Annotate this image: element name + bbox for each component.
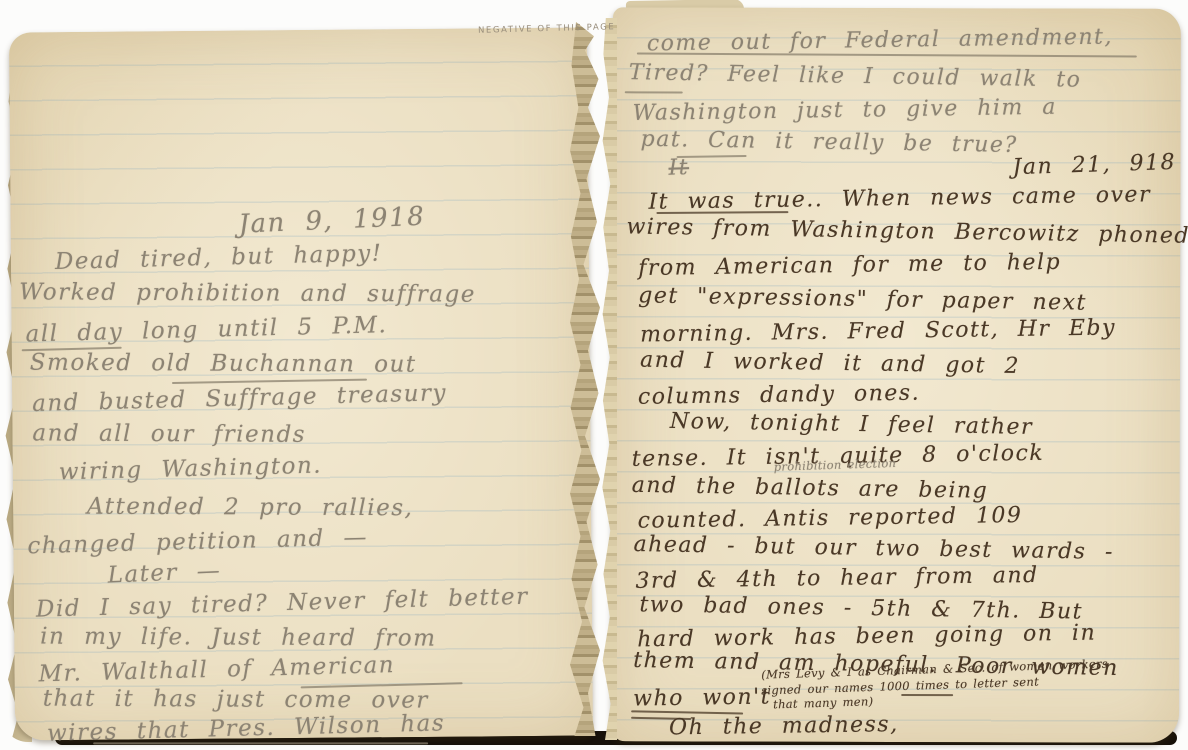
entry-date: Jan 9, 1918 [238, 204, 426, 238]
handwritten-line: from American for me to help [638, 252, 1061, 280]
underline-stroke [625, 91, 683, 93]
binding-frayed-edge-right [601, 18, 617, 740]
handwritten-line: and I worked it and got 2 [640, 350, 1020, 378]
handwritten-line: get "expressions" for paper next [638, 285, 1087, 314]
handwritten-line: Tired? Feel like I could walk to [629, 62, 1082, 92]
underline-stroke [656, 211, 788, 214]
handwritten-line: Dead tired, but happy! [55, 242, 383, 274]
handwritten-line: in my life. Just heard from [40, 626, 436, 651]
handwritten-line: pat. Can it really be true? [640, 129, 1017, 157]
handwritten-line: Now, tonight I feel rather [670, 411, 1033, 439]
handwritten-line: that it has just come over [43, 688, 429, 713]
handwritten-line: changed petition and — [27, 526, 368, 558]
handwritten-line: and the ballots are being [632, 475, 989, 503]
handwritten-line: wires from Washington Bercowitz phoned [626, 216, 1188, 247]
handwritten-line: morning. Mrs. Fred Scott, Hr Eby [640, 317, 1116, 346]
entry-date: Jan 21, 918 [1012, 152, 1176, 179]
crossed-out-word: It [668, 157, 689, 180]
handwritten-line: wiring Washington. [58, 455, 322, 485]
handwritten-line: Later — [107, 560, 222, 588]
handwritten-line: Worked prohibition and suffrage [19, 281, 476, 306]
handwritten-line: come out for Federal amendment, [647, 27, 1113, 56]
handwritten-line: counted. Antis reported 109 [637, 505, 1022, 533]
handwritten-line: all day long until 5 P.M. [25, 314, 387, 346]
handwritten-line: two bad ones - 5th & 7th. But [639, 594, 1083, 623]
handwritten-line: who won't [633, 686, 771, 710]
diary-right-page: come out for Federal amendment, Tired? F… [611, 7, 1181, 742]
handwritten-line: and busted Suffrage treasury [32, 382, 447, 416]
underline-stroke [631, 717, 691, 720]
interlinear-insertion: prohibition election [774, 458, 897, 473]
handwritten-line: columns dandy ones. [638, 383, 920, 409]
handwritten-line: It was true.. When news came over [648, 184, 1151, 213]
handwritten-line: Attended 2 pro rallies, [87, 496, 413, 521]
margin-note-line: that many men) [773, 696, 874, 711]
handwritten-line: Smoked old Buchannan out [30, 352, 417, 377]
archival-stamp: NEGATIVE OF THIS PAGE [478, 22, 616, 36]
handwritten-line: Washington just to give him a [633, 97, 1058, 125]
underline-stroke [901, 694, 953, 696]
handwritten-line: Did I say tired? Never felt better [36, 586, 529, 622]
handwritten-line: Mr. Walthall of American [38, 654, 395, 686]
handwritten-line: Oh the madness, [669, 714, 899, 739]
handwritten-line: and all our friends [32, 422, 306, 446]
handwritten-line: ahead - but our two best wards - [633, 534, 1114, 564]
diary-left-page: Jan 9, 1918 Dead tired, but happy! Worke… [9, 27, 593, 740]
handwritten-line: hard work has been going on in [637, 623, 1096, 652]
handwritten-line: 3rd & 4th to hear from and [635, 565, 1038, 593]
underline-stroke [93, 742, 428, 744]
underline-stroke [631, 710, 743, 714]
underline-stroke [677, 155, 747, 158]
